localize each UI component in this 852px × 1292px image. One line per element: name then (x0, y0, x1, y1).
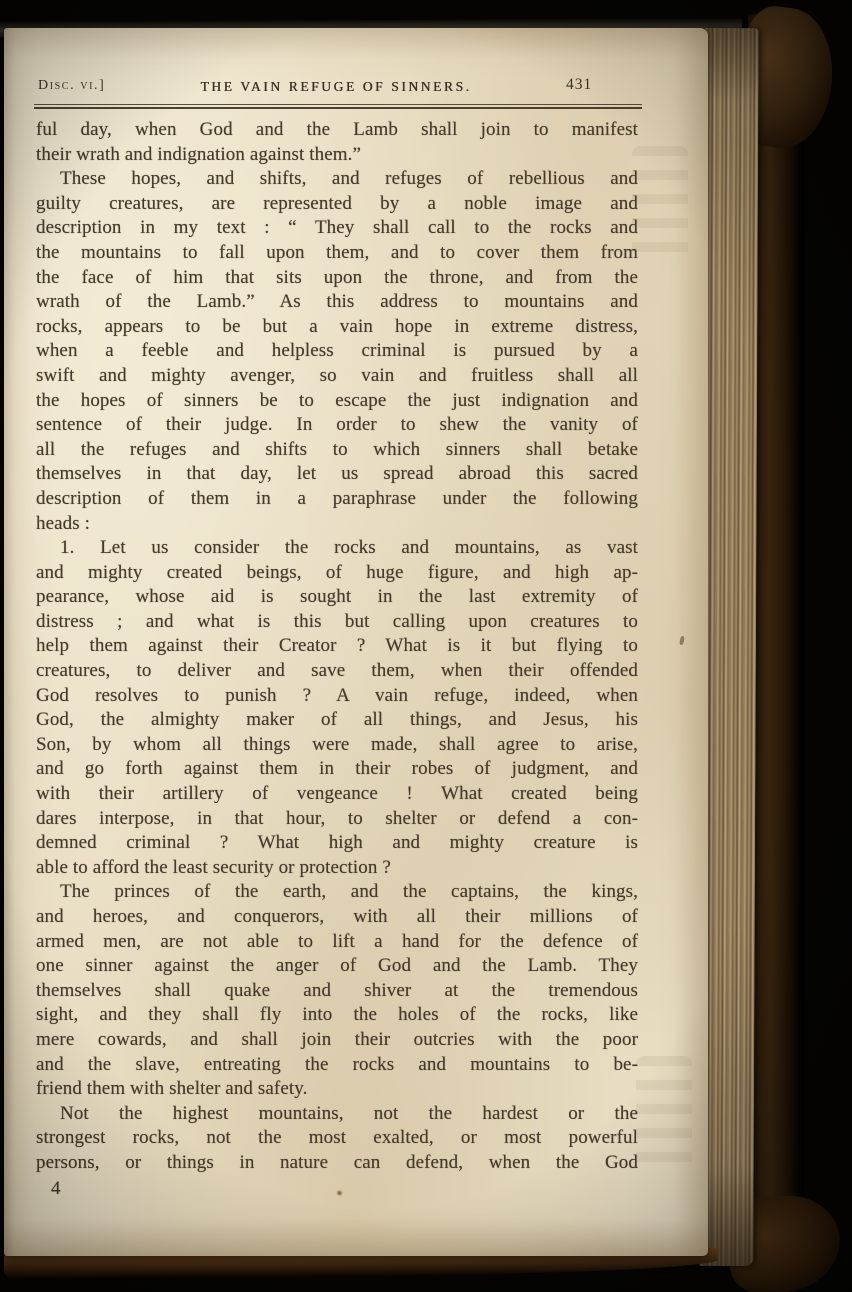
text-line: friend them with shelter and safety. (36, 1077, 638, 1102)
book-page: Disc. vi.] THE VAIN REFUGE OF SINNERS. 4… (4, 28, 708, 1256)
text-line: all the refuges and shifts to which sinn… (36, 438, 638, 463)
body-text: ful day, when God and the Lamb shall joi… (36, 118, 638, 1201)
text-line: God resolves to punish ? A vain refuge, … (36, 684, 638, 709)
text-line: rocks, appears to be but a vain hope in … (36, 315, 638, 340)
text-line: sentence of their judge. In order to she… (36, 413, 638, 438)
text-line: help them against their Creator ? What i… (36, 634, 638, 659)
show-through-smudge (636, 1056, 692, 1176)
text-line: pearance, whose aid is sought in the las… (36, 585, 638, 610)
text-line: creatures, to deliver and save them, whe… (36, 659, 638, 684)
text-line: persons, or things in nature can defend,… (36, 1151, 638, 1176)
text-line: mere cowards, and shall join their outcr… (36, 1028, 638, 1053)
text-line: one sinner against the anger of God and … (36, 954, 638, 979)
show-through-smudge (632, 146, 688, 266)
text-line: Not the highest mountains, not the harde… (36, 1102, 638, 1127)
text-line: with their artillery of vengeance ! What… (36, 782, 638, 807)
text-line: swift and mighty avenger, so vain and fr… (36, 364, 638, 389)
page-title: THE VAIN REFUGE OF SINNERS. (36, 79, 636, 95)
ink-speck (336, 1190, 343, 1196)
text-line: heads : (36, 512, 638, 537)
text-line: and mighty created beings, of huge figur… (36, 561, 638, 586)
text-line: description in my text : “ They shall ca… (36, 216, 638, 241)
text-line: and the slave, entreating the rocks and … (36, 1053, 638, 1078)
text-line: guilty creatures, are represented by a n… (36, 192, 638, 217)
text-line: 1. Let us consider the rocks and mountai… (36, 536, 638, 561)
text-line: themselves in that day, let us spread ab… (36, 462, 638, 487)
text-line: and heroes, and conquerors, with all the… (36, 905, 638, 930)
text-line: themselves shall quake and shiver at the… (36, 979, 638, 1004)
text-line: the mountains to fall upon them, and to … (36, 241, 638, 266)
text-line: demned criminal ? What high and mighty c… (36, 831, 638, 856)
text-line: armed men, are not able to lift a hand f… (36, 930, 638, 955)
text-line: These hopes, and shifts, and refuges of … (36, 167, 638, 192)
text-line: description of them in a paraphrase unde… (36, 487, 638, 512)
text-line: ful day, when God and the Lamb shall joi… (36, 118, 638, 143)
text-line: and go forth against them in their robes… (36, 757, 638, 782)
text-line: the face of him that sits upon the thron… (36, 266, 638, 291)
book-photo: Disc. vi.] THE VAIN REFUGE OF SINNERS. 4… (0, 0, 852, 1292)
stray-ink-mark (679, 636, 685, 646)
header-double-rule (34, 104, 642, 109)
text-line: when a feeble and helpless criminal is p… (36, 339, 638, 364)
text-line: God, the almighty maker of all things, a… (36, 708, 638, 733)
text-line: sight, and they shall fly into the holes… (36, 1003, 638, 1028)
page-number: 431 (566, 76, 592, 94)
text-line: Son, by whom all things were made, shall… (36, 733, 638, 758)
fore-edge-pages (699, 28, 758, 1266)
signature-mark: 4 (36, 1176, 638, 1201)
text-line: the hopes of sinners be to escape the ju… (36, 389, 638, 414)
text-line: able to afford the least security or pro… (36, 856, 638, 881)
text-line: strongest rocks, not the most exalted, o… (36, 1126, 638, 1151)
running-head: Disc. vi.] THE VAIN REFUGE OF SINNERS. 4… (4, 76, 708, 102)
text-line: The princes of the earth, and the captai… (36, 880, 638, 905)
text-line: wrath of the Lamb.” As this address to m… (36, 290, 638, 315)
text-line: distress ; and what is this but calling … (36, 610, 638, 635)
text-line: dares interpose, in that hour, to shelte… (36, 807, 638, 832)
text-line: their wrath and indignation against them… (36, 143, 638, 168)
